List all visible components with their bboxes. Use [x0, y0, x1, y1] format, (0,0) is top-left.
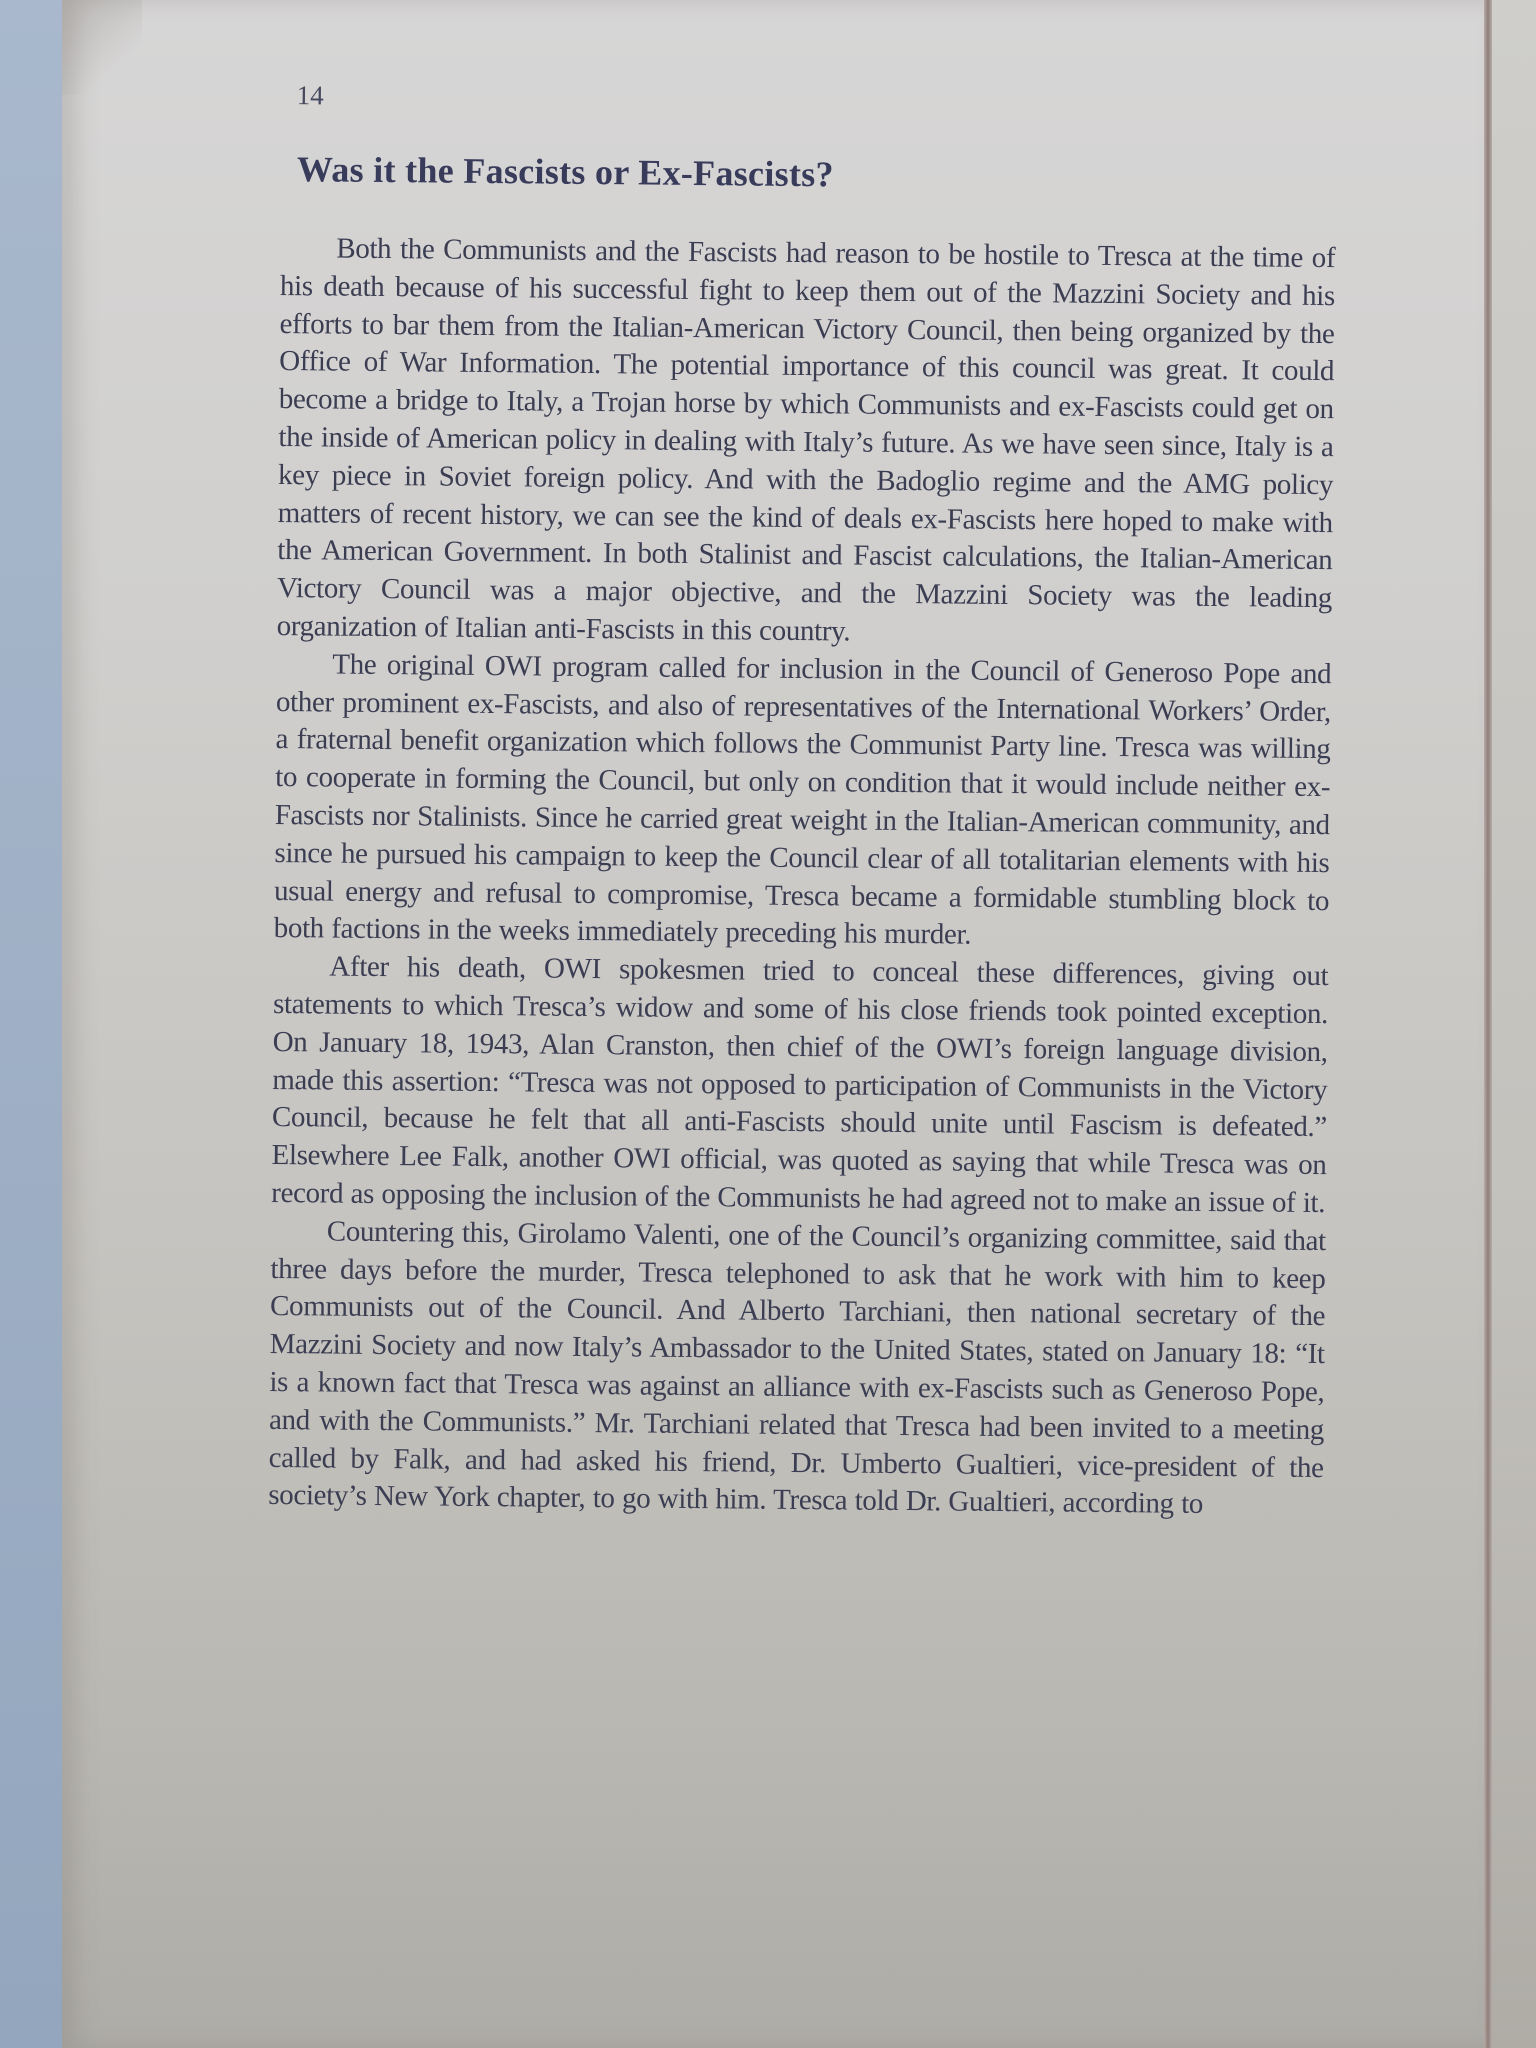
page-number: 14: [297, 80, 324, 111]
page-corner-fold: [62, 0, 142, 95]
page-binding-edge: [1484, 0, 1492, 2048]
section-heading: Was it the Fascists or Ex-Fascists?: [297, 148, 834, 195]
body-text: Both the Communists and the Fascists had…: [268, 230, 1335, 1525]
paragraph: Both the Communists and the Fascists had…: [276, 230, 1335, 656]
adjacent-page-edge: [1492, 0, 1536, 2048]
paragraph: Countering this, Girolamo Valenti, one o…: [268, 1213, 1326, 1525]
paragraph: The original OWI program called for incl…: [274, 646, 1332, 958]
paragraph: After his death, OWI spokesmen tried to …: [271, 948, 1328, 1223]
